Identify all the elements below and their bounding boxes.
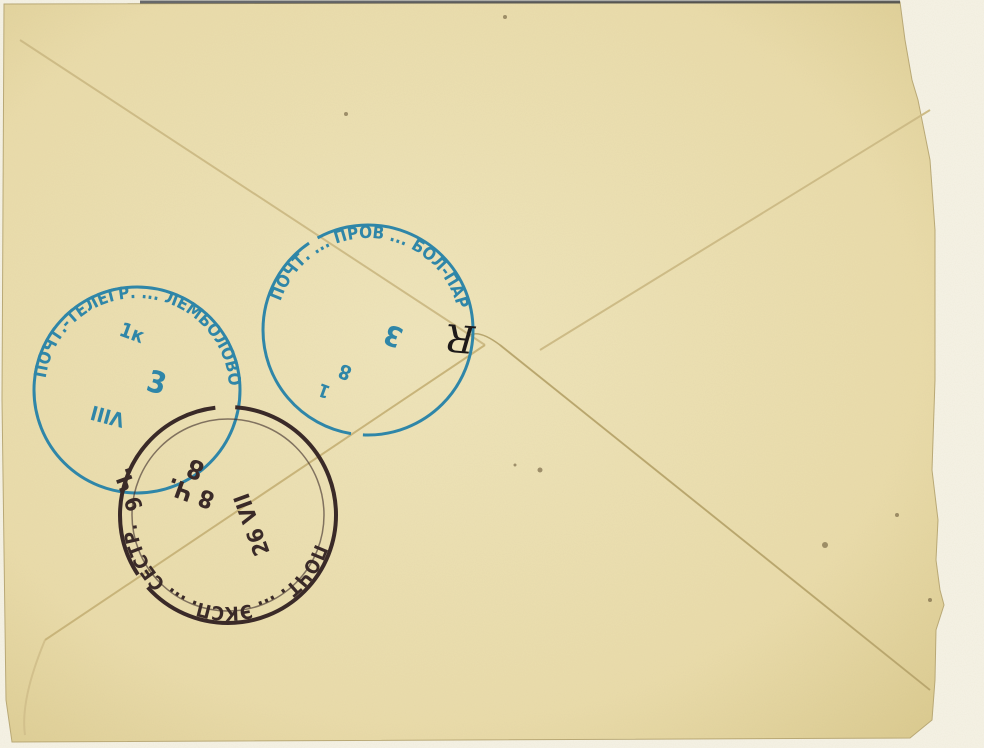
handwritten-registration-mark: R — [444, 315, 477, 361]
envelope-photo: ПОЧТ.-ТЕЛЕГР. ... ЛЕМБОЛОВО 1к 3 VIII ПО… — [0, 0, 984, 748]
paper-grain — [0, 0, 984, 748]
